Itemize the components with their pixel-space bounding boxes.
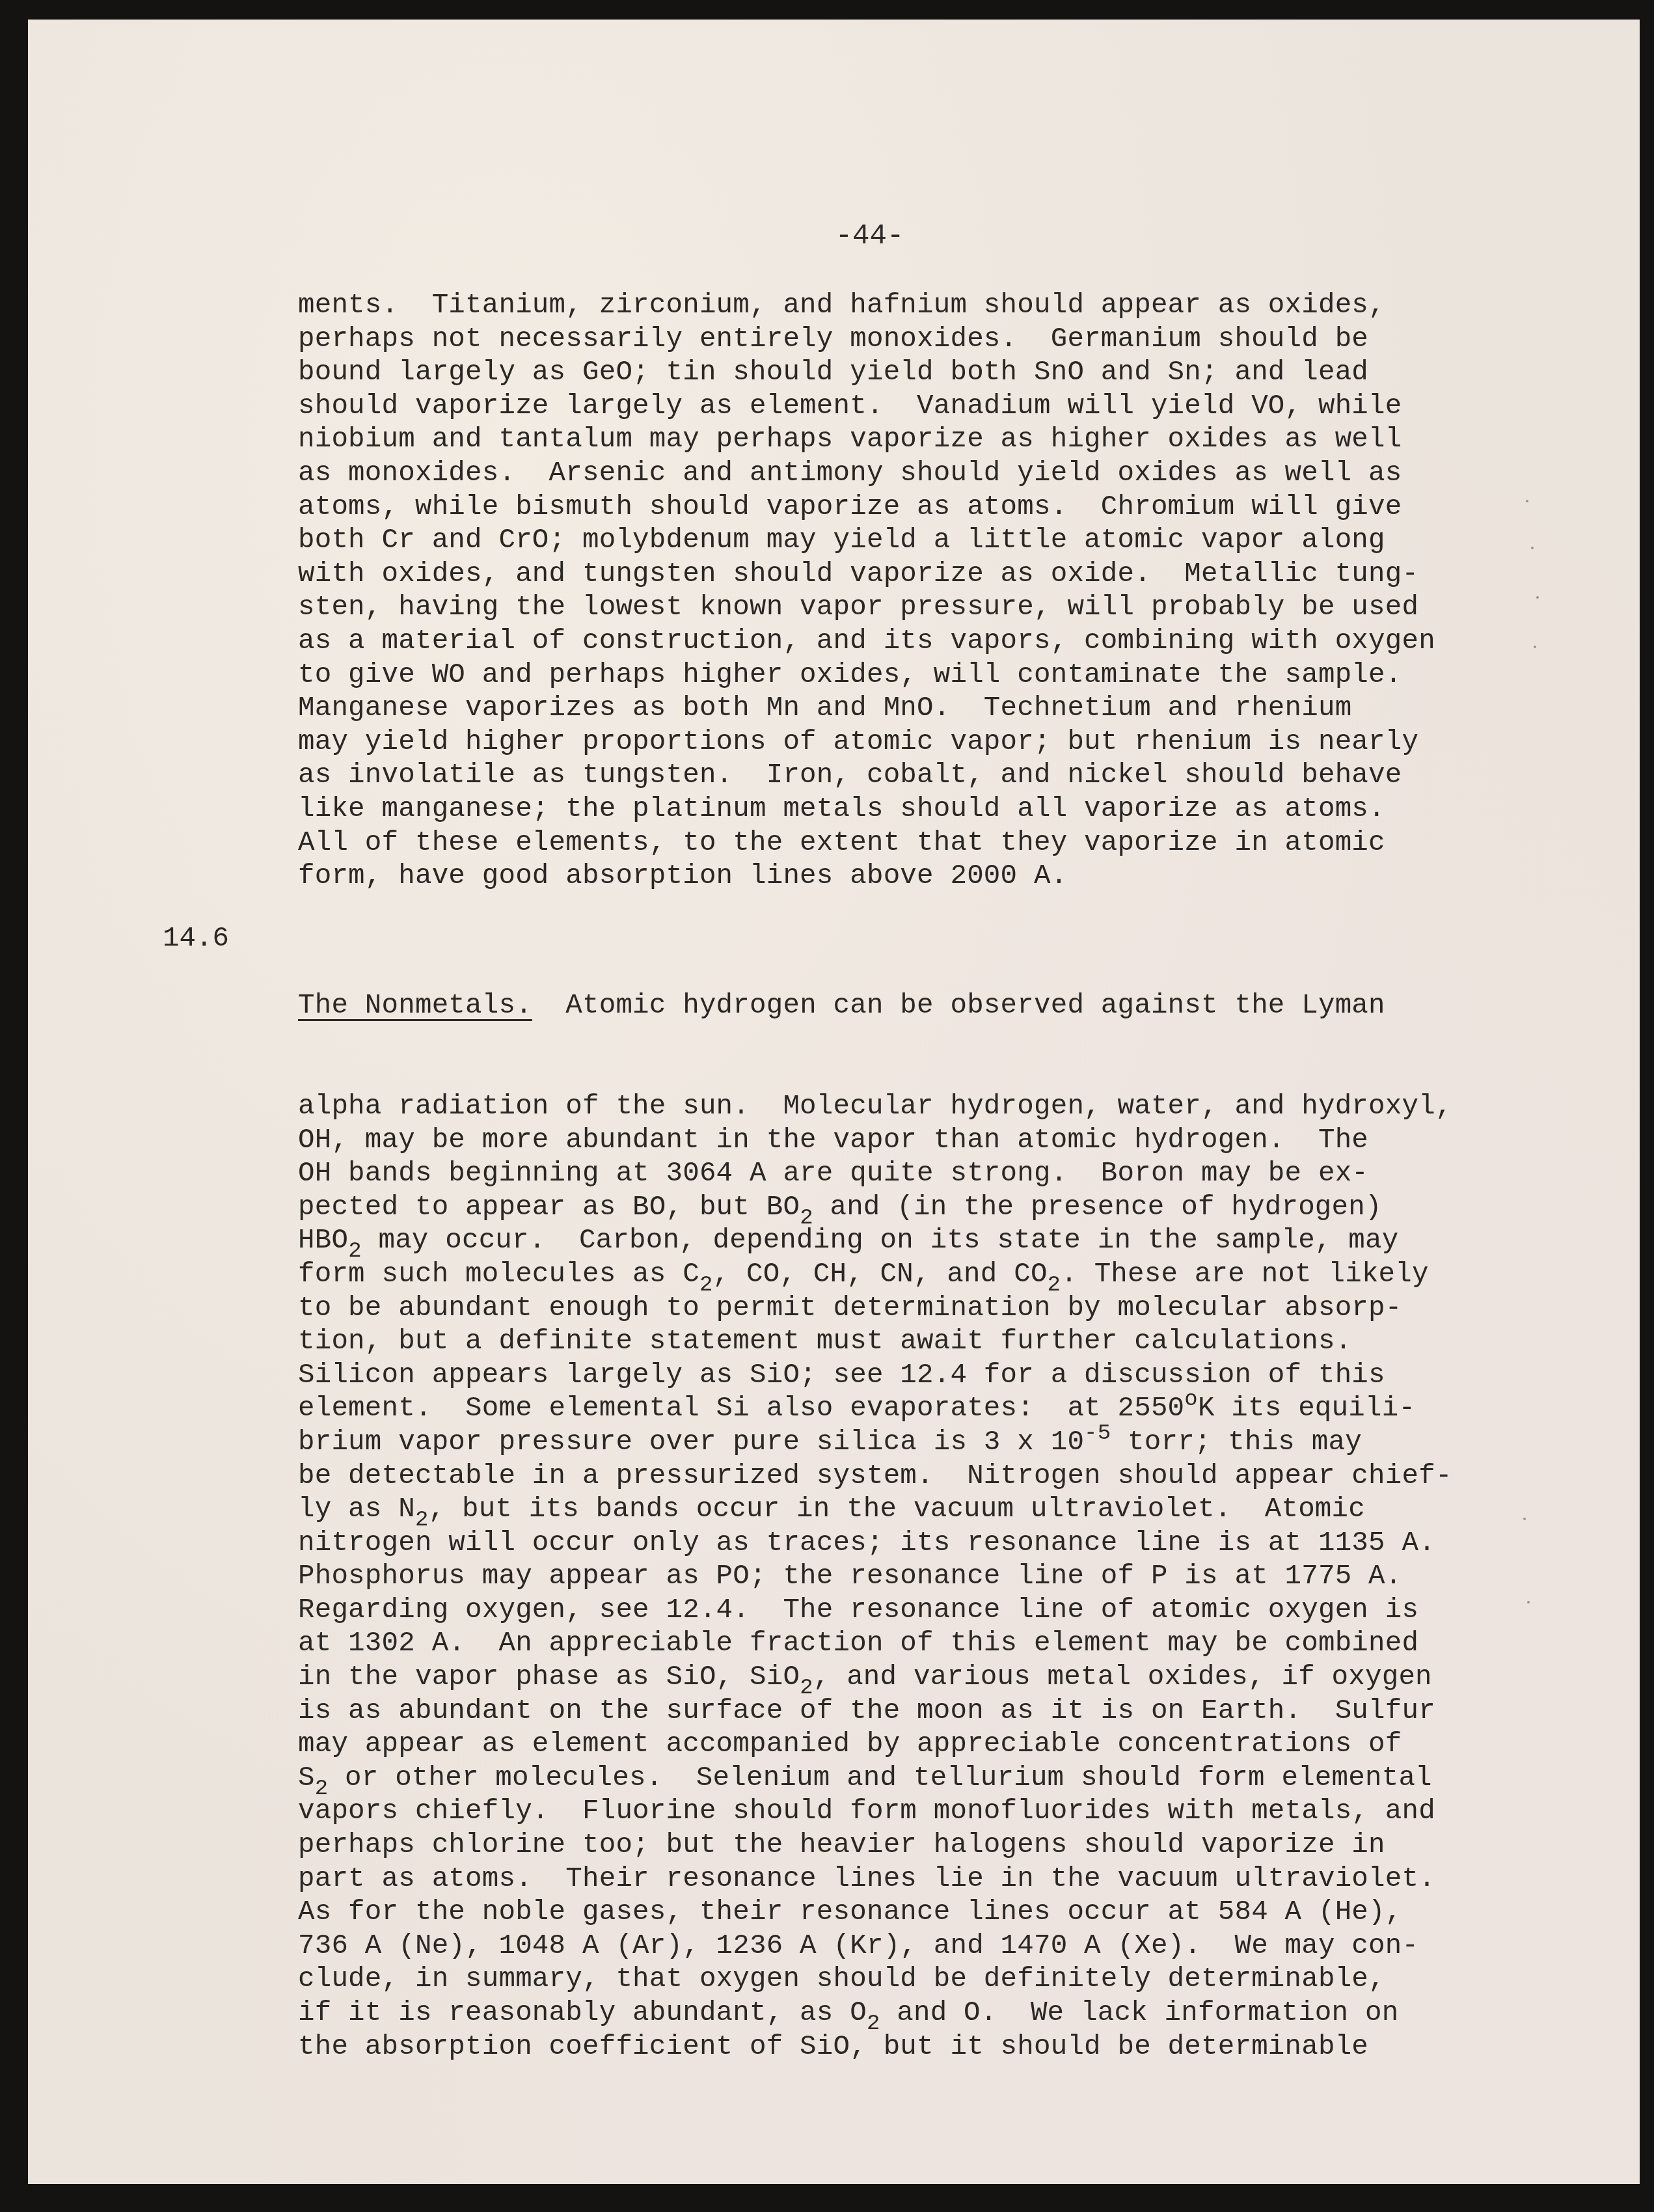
text-line: be detectable in a pressurized system. N…: [298, 1460, 1452, 1494]
text-line: as a material of construction, and its v…: [298, 625, 1435, 659]
text-line: as monoxides. Arsenic and antimony shoul…: [298, 457, 1435, 491]
text-segment: 736 A (Ne), 1048 A (Ar), 1236 A (Kr), an…: [298, 1930, 1418, 1961]
text-segment: torr; this may: [1111, 1427, 1362, 1458]
text-segment: and O. We lack information on: [880, 1997, 1399, 2028]
superscript: -5: [1084, 1421, 1111, 1446]
text-segment: tion, but a definite statement must awai…: [298, 1326, 1351, 1357]
text-segment: , CO, CH, CN, and CO: [713, 1259, 1048, 1290]
document-page: -44- ments. Titanium, zirconium, and haf…: [28, 20, 1640, 2184]
text-segment: Regarding oxygen, see 12.4. The resonanc…: [298, 1594, 1418, 1626]
text-line: at 1302 A. An appreciable fraction of th…: [298, 1627, 1452, 1661]
text-line: may appear as element accompanied by app…: [298, 1728, 1452, 1762]
text-line: HBO2 may occur. Carbon, depending on its…: [298, 1224, 1452, 1258]
text-segment: Silicon appears largely as SiO; see 12.4…: [298, 1359, 1385, 1391]
text-segment: alpha radiation of the sun. Molecular hy…: [298, 1091, 1452, 1122]
text-line: niobium and tantalum may perhaps vaporiz…: [298, 423, 1435, 457]
text-line: atoms, while bismuth should vaporize as …: [298, 491, 1435, 525]
text-segment: form such molecules as C: [298, 1259, 699, 1290]
text-line: All of these elements, to the extent tha…: [298, 826, 1435, 860]
section-title: The Nonmetals.: [298, 990, 532, 1021]
text-segment: nitrogen will occur only as traces; its …: [298, 1527, 1435, 1559]
text-line: to be abundant enough to permit determin…: [298, 1292, 1452, 1326]
text-line: clude, in summary, that oxygen should be…: [298, 1963, 1452, 1997]
text-line: with oxides, and tungsten should vaporiz…: [298, 558, 1435, 592]
text-line: brium vapor pressure over pure silica is…: [298, 1426, 1452, 1460]
text-line: pected to appear as BO, but BO2 and (in …: [298, 1191, 1452, 1225]
text-line: S2 or other molecules. Selenium and tell…: [298, 1762, 1452, 1796]
text-segment: pected to appear as BO, but BO: [298, 1192, 800, 1223]
text-line: OH bands beginning at 3064 A are quite s…: [298, 1157, 1452, 1191]
text-segment: OH, may be more abundant in the vapor th…: [298, 1125, 1368, 1156]
text-line: perhaps not necessarily entirely monoxid…: [298, 323, 1435, 357]
text-line: Regarding oxygen, see 12.4. The resonanc…: [298, 1594, 1452, 1628]
text-segment: and (in the presence of hydrogen): [813, 1192, 1382, 1223]
text-line: the absorption coefficient of SiO, but i…: [298, 2030, 1452, 2064]
text-segment: is as abundant on the surface of the moo…: [298, 1695, 1435, 1727]
margin-speck: [1536, 596, 1539, 599]
text-line: form, have good absorption lines above 2…: [298, 860, 1435, 894]
text-segment: may occur. Carbon, depending on its stat…: [362, 1225, 1399, 1256]
text-segment: clude, in summary, that oxygen should be…: [298, 1963, 1385, 1995]
text-segment: be detectable in a pressurized system. N…: [298, 1460, 1452, 1492]
text-line: ly as N2, but its bands occur in the vac…: [298, 1493, 1452, 1527]
text-line: ments. Titanium, zirconium, and hafnium …: [298, 289, 1435, 323]
text-line: bound largely as GeO; tin should yield b…: [298, 356, 1435, 390]
margin-speck: [1534, 646, 1536, 648]
section-14-6-paragraph: The Nonmetals. Atomic hydrogen can be ob…: [298, 922, 1452, 2064]
text-line: form such molecules as C2, CO, CH, CN, a…: [298, 1258, 1452, 1292]
text-line: 736 A (Ne), 1048 A (Ar), 1236 A (Kr), an…: [298, 1930, 1452, 1963]
section-number: 14.6: [163, 922, 229, 956]
margin-speck: [1523, 1518, 1526, 1520]
page-number: -44-: [28, 220, 1640, 253]
margin-speck: [1526, 500, 1528, 502]
text-segment: the absorption coefficient of SiO, but i…: [298, 2031, 1368, 2062]
text-line: should vaporize largely as element. Vana…: [298, 390, 1435, 424]
section-first-line: The Nonmetals. Atomic hydrogen can be ob…: [298, 989, 1452, 1023]
text-line: element. Some elemental Si also evaporat…: [298, 1392, 1452, 1426]
text-line: is as abundant on the surface of the moo…: [298, 1695, 1452, 1728]
text-segment: ly as N: [298, 1494, 415, 1525]
text-segment: Phosphorus may appear as PO; the resonan…: [298, 1561, 1402, 1592]
text-segment: K its equili-: [1198, 1393, 1415, 1424]
text-line: alpha radiation of the sun. Molecular hy…: [298, 1090, 1452, 1124]
text-line: Phosphorus may appear as PO; the resonan…: [298, 1560, 1452, 1594]
text-segment: , and various metal oxides, if oxygen: [813, 1661, 1432, 1693]
text-segment: or other molecules. Selenium and telluri…: [328, 1762, 1431, 1794]
text-segment: may appear as element accompanied by app…: [298, 1728, 1402, 1760]
text-segment: if it is reasonably abundant, as O: [298, 1997, 867, 2028]
text-line: in the vapor phase as SiO, SiO2, and var…: [298, 1661, 1452, 1695]
text-segment: , but its bands occur in the vacuum ultr…: [429, 1494, 1365, 1525]
text-segment: As for the noble gases, their resonance …: [298, 1896, 1402, 1928]
text-line: to give WO and perhaps higher oxides, wi…: [298, 659, 1435, 692]
text-line: tion, but a definite statement must awai…: [298, 1325, 1452, 1359]
margin-speck: [1531, 547, 1534, 549]
text-line: As for the noble gases, their resonance …: [298, 1896, 1452, 1930]
text-line: Manganese vaporizes as both Mn and MnO. …: [298, 692, 1435, 726]
text-segment: . These are not likely: [1061, 1259, 1429, 1290]
text-line: as involatile as tungsten. Iron, cobalt,…: [298, 759, 1435, 793]
continuation-paragraph: ments. Titanium, zirconium, and hafnium …: [298, 289, 1435, 894]
text-line: if it is reasonably abundant, as O2 and …: [298, 1997, 1452, 2030]
text-segment: S: [298, 1762, 315, 1794]
text-segment: part as atoms. Their resonance lines lie…: [298, 1863, 1435, 1894]
text-segment: brium vapor pressure over pure silica is…: [298, 1427, 1084, 1458]
text-line: Silicon appears largely as SiO; see 12.4…: [298, 1359, 1452, 1393]
text-line: like manganese; the platinum metals shou…: [298, 793, 1435, 826]
text-line: vapors chiefly. Fluorine should form mon…: [298, 1795, 1452, 1829]
text-line: part as atoms. Their resonance lines lie…: [298, 1863, 1452, 1896]
text-segment: in the vapor phase as SiO, SiO: [298, 1661, 800, 1693]
section-first-line-text: Atomic hydrogen can be observed against …: [532, 990, 1385, 1021]
text-line: may yield higher proportions of atomic v…: [298, 726, 1435, 759]
superscript: o: [1184, 1387, 1198, 1412]
text-segment: to be abundant enough to permit determin…: [298, 1292, 1402, 1324]
text-line: both Cr and CrO; molybdenum may yield a …: [298, 524, 1435, 558]
margin-speck: [1527, 1601, 1530, 1604]
text-segment: OH bands beginning at 3064 A are quite s…: [298, 1158, 1368, 1189]
text-segment: HBO: [298, 1225, 348, 1256]
text-line: perhaps chlorine too; but the heavier ha…: [298, 1829, 1452, 1863]
text-line: sten, having the lowest known vapor pres…: [298, 591, 1435, 625]
text-segment: perhaps chlorine too; but the heavier ha…: [298, 1829, 1385, 1861]
text-line: nitrogen will occur only as traces; its …: [298, 1527, 1452, 1561]
text-segment: vapors chiefly. Fluorine should form mon…: [298, 1796, 1435, 1827]
text-line: OH, may be more abundant in the vapor th…: [298, 1124, 1452, 1158]
text-segment: at 1302 A. An appreciable fraction of th…: [298, 1628, 1418, 1659]
text-segment: element. Some elemental Si also evaporat…: [298, 1393, 1184, 1424]
